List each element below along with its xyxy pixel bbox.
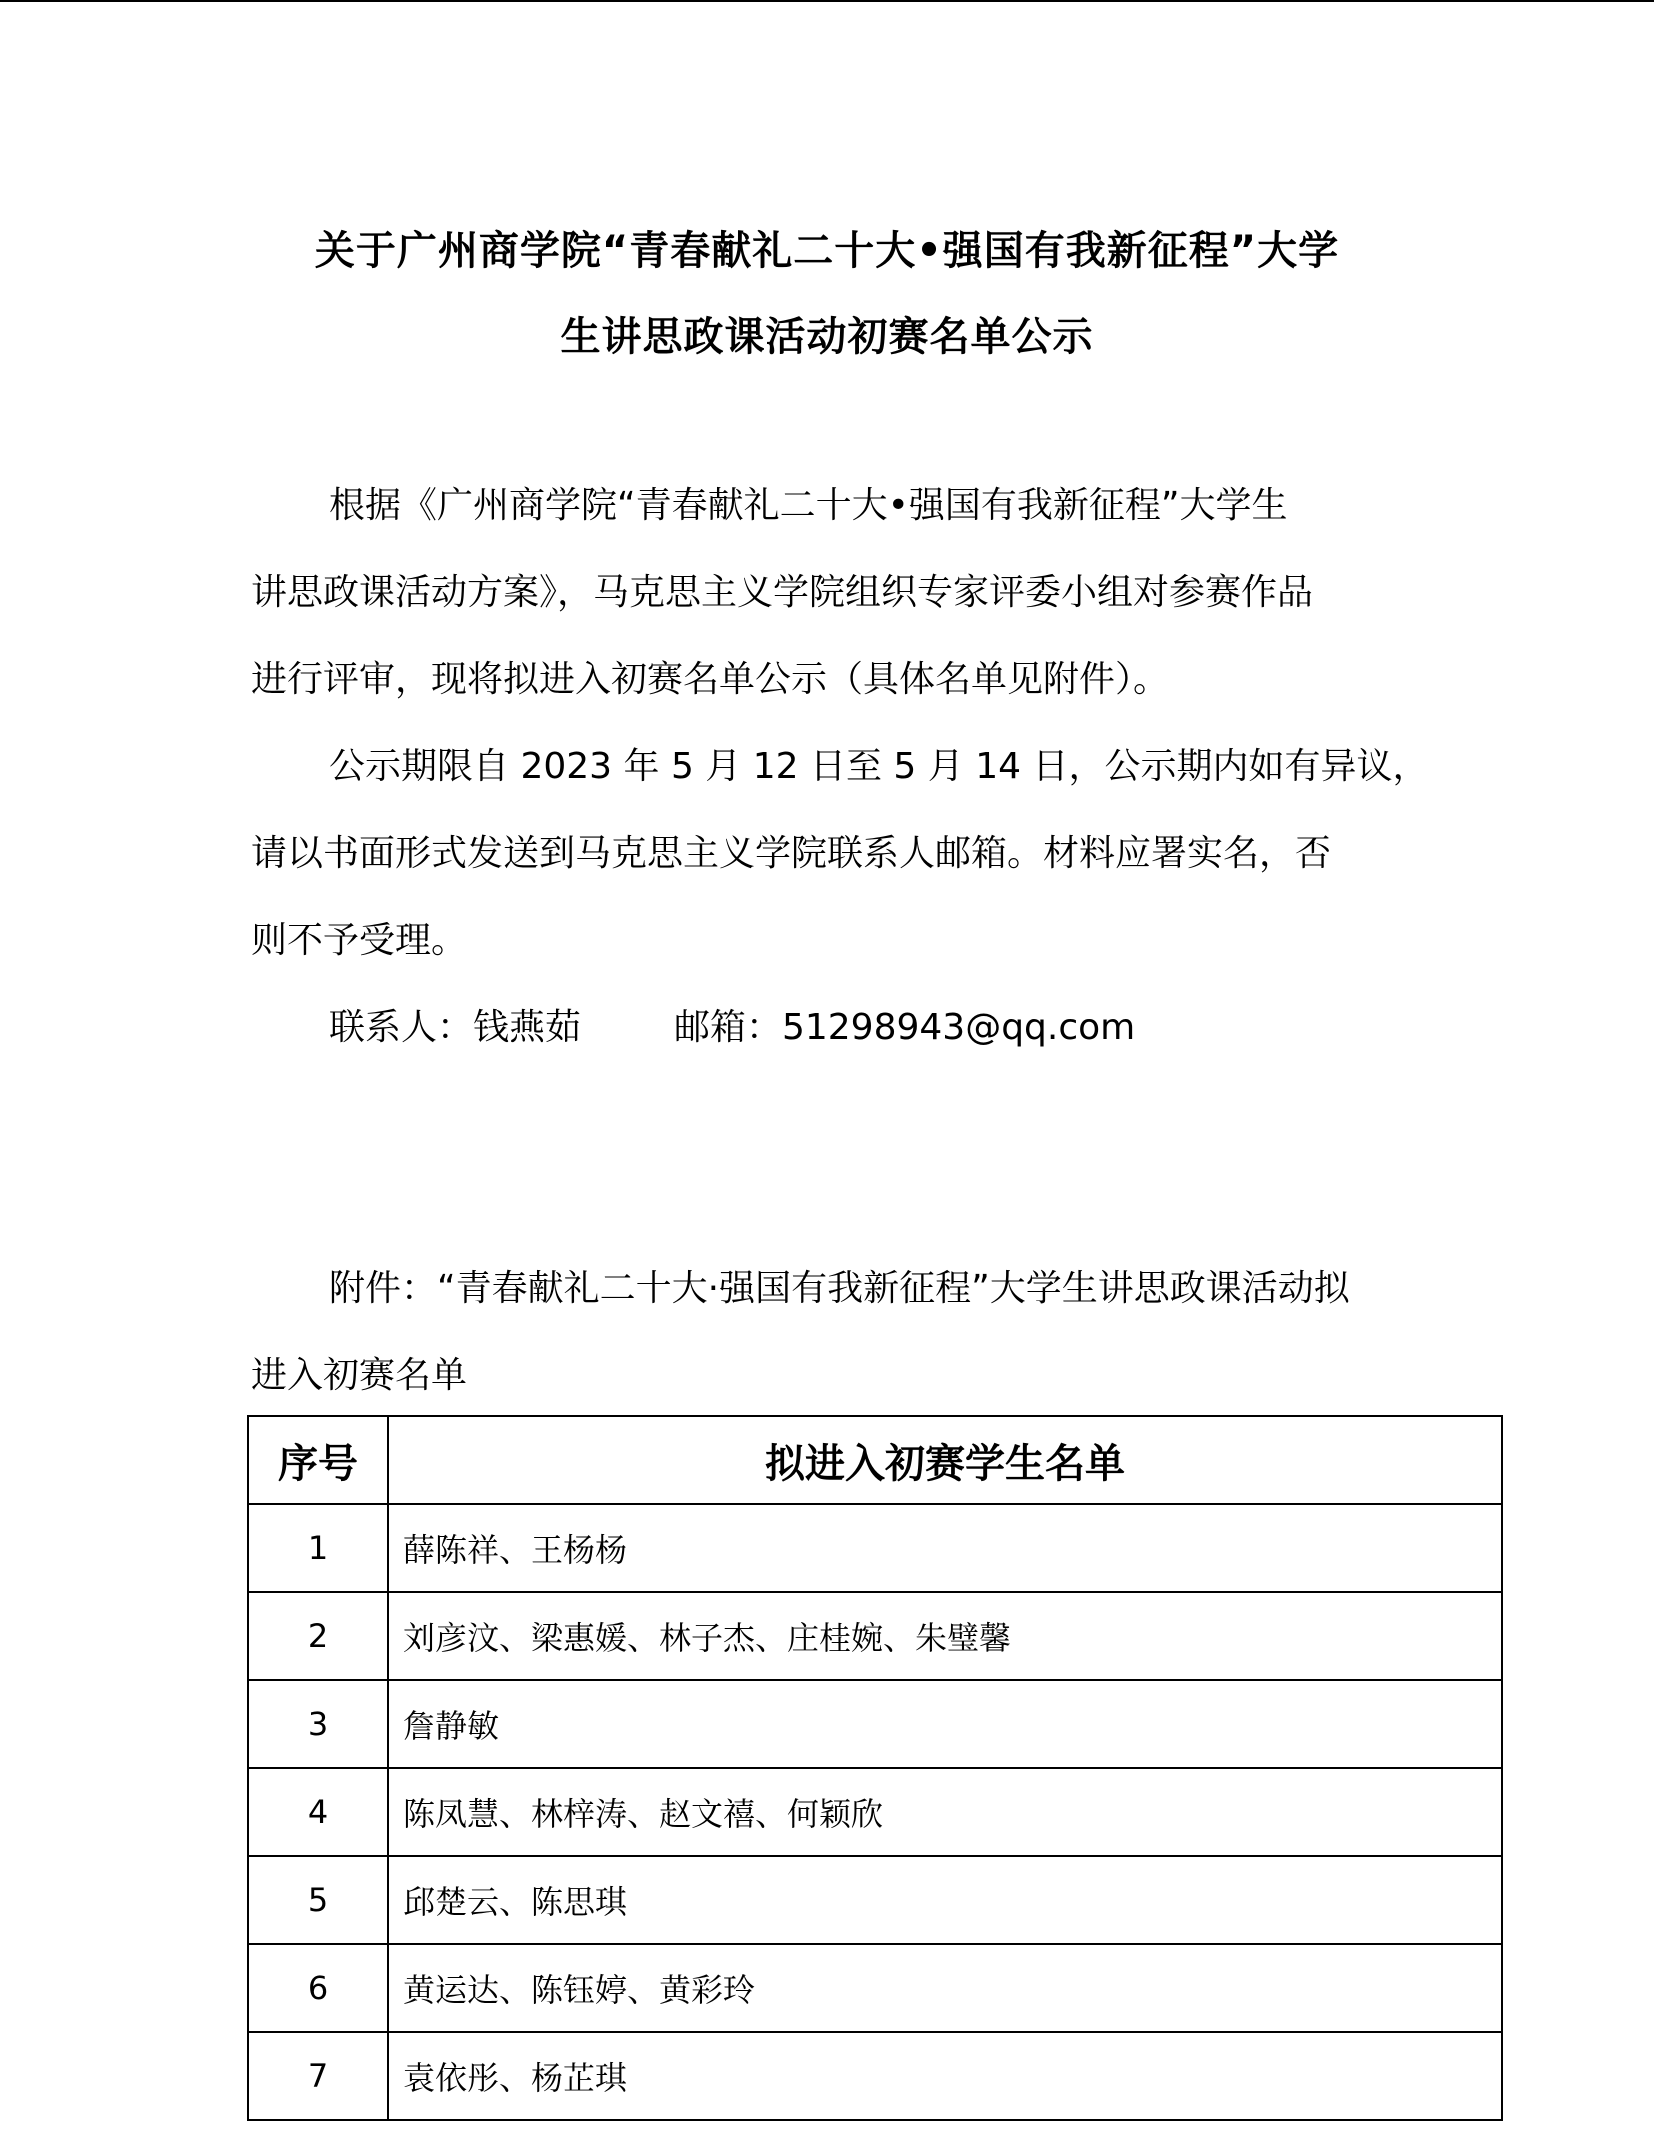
row-number: 4 bbox=[248, 1768, 388, 1856]
table-row: 7 袁依彤、杨芷琪 bbox=[248, 2032, 1502, 2120]
paragraph-line: 进行评审，现将拟进入初赛名单公示（具体名单见附件）。 bbox=[251, 636, 1401, 723]
table-row: 2 刘彦汶、梁惠媛、林子杰、庄桂婉、朱璧馨 bbox=[248, 1592, 1502, 1680]
paragraph-line: 公示期限自 2023 年 5 月 12 日至 5 月 14 日，公示期内如有异议… bbox=[251, 723, 1401, 810]
row-number: 1 bbox=[248, 1504, 388, 1592]
row-number: 3 bbox=[248, 1680, 388, 1768]
table-row: 1 薛陈祥、王杨杨 bbox=[248, 1504, 1502, 1592]
contact-label: 联系人： bbox=[329, 1007, 473, 1048]
paragraph-line: 则不予受理。 bbox=[251, 897, 1401, 984]
table-row: 3 詹静敏 bbox=[248, 1680, 1502, 1768]
row-names: 邱楚云、陈思琪 bbox=[388, 1856, 1502, 1944]
row-names: 刘彦汶、梁惠媛、林子杰、庄桂婉、朱璧馨 bbox=[388, 1592, 1502, 1680]
page-top-border bbox=[0, 0, 1654, 2]
paragraph-line: 讲思政课活动方案》，马克思主义学院组织专家评委小组对参赛作品 bbox=[251, 549, 1401, 636]
row-number: 7 bbox=[248, 2032, 388, 2120]
row-number: 5 bbox=[248, 1856, 388, 1944]
header-number: 序号 bbox=[248, 1416, 388, 1504]
paragraph-line: 根据《广州商学院“青春献礼二十大•强国有我新征程”大学生 bbox=[251, 462, 1401, 549]
table-row: 5 邱楚云、陈思琪 bbox=[248, 1856, 1502, 1944]
row-names: 薛陈祥、王杨杨 bbox=[388, 1504, 1502, 1592]
table-row: 6 黄运达、陈钰婷、黄彩玲 bbox=[248, 1944, 1502, 2032]
table-header-row: 序号 拟进入初赛学生名单 bbox=[248, 1416, 1502, 1504]
candidate-table: 序号 拟进入初赛学生名单 1 薛陈祥、王杨杨 2 刘彦汶、梁惠媛、林子杰、庄桂婉… bbox=[247, 1415, 1503, 2121]
contact-line: 联系人：钱燕茹 邮箱：51298943@qq.com bbox=[251, 984, 1401, 1071]
row-names: 陈凤慧、林梓涛、赵文禧、何颖欣 bbox=[388, 1768, 1502, 1856]
document-title-line2: 生讲思政课活动初赛名单公示 bbox=[0, 305, 1654, 362]
row-names: 黄运达、陈钰婷、黄彩玲 bbox=[388, 1944, 1502, 2032]
attachment-line1: 附件：“青春献礼二十大·强国有我新征程”大学生讲思政课活动拟 bbox=[251, 1245, 1401, 1332]
email-label: 邮箱： bbox=[674, 1007, 782, 1048]
paragraph-basis: 根据《广州商学院“青春献礼二十大•强国有我新征程”大学生 讲思政课活动方案》，马… bbox=[251, 462, 1401, 723]
contact-name: 钱燕茹 bbox=[473, 1007, 581, 1048]
attachment-line2: 进入初赛名单 bbox=[251, 1332, 1401, 1419]
row-names: 詹静敏 bbox=[388, 1680, 1502, 1768]
header-names: 拟进入初赛学生名单 bbox=[388, 1416, 1502, 1504]
row-number: 2 bbox=[248, 1592, 388, 1680]
paragraph-period: 公示期限自 2023 年 5 月 12 日至 5 月 14 日，公示期内如有异议… bbox=[251, 723, 1401, 984]
row-number: 6 bbox=[248, 1944, 388, 2032]
table-row: 4 陈凤慧、林梓涛、赵文禧、何颖欣 bbox=[248, 1768, 1502, 1856]
attachment-caption: 附件：“青春献礼二十大·强国有我新征程”大学生讲思政课活动拟 进入初赛名单 bbox=[251, 1245, 1401, 1419]
contact-email: 51298943@qq.com bbox=[782, 1007, 1135, 1048]
paragraph-line: 请以书面形式发送到马克思主义学院联系人邮箱。材料应署实名，否 bbox=[251, 810, 1401, 897]
document-title-line1: 关于广州商学院“青春献礼二十大•强国有我新征程”大学 bbox=[0, 219, 1654, 276]
row-names: 袁依彤、杨芷琪 bbox=[388, 2032, 1502, 2120]
